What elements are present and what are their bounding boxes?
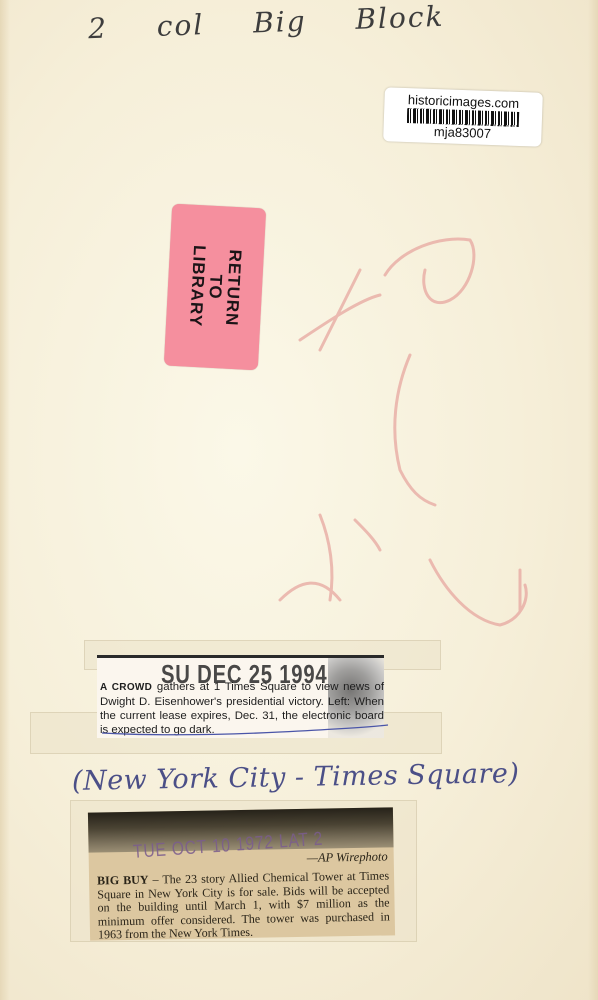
pencil-note: 2 col Big Block <box>88 0 445 45</box>
photo-credit: —AP Wirephoto <box>307 849 388 865</box>
return-sticker-text: RETURN TO LIBRARY <box>184 211 246 364</box>
clipping-caption: BIG BUY – The 23 story Allied Chemical T… <box>97 869 390 942</box>
handwritten-caption: (New York City - Times Square) <box>72 758 520 797</box>
paper-edge-left <box>0 0 10 1000</box>
barcode-label: historicimages.com mja83007 <box>383 87 543 146</box>
photo-back-page: 2 col Big Block historicimages.com mja83… <box>0 0 598 1000</box>
clipping-caption: A CROWD gathers at 1 Times Square to vie… <box>100 680 384 737</box>
return-to-library-sticker: RETURN TO LIBRARY <box>164 204 266 371</box>
paper-edge-right <box>588 0 598 1000</box>
newspaper-clipping-1994: SU DEC 25 1994 A CROWD gathers at 1 Time… <box>97 655 384 738</box>
newspaper-clipping-1972: TUE OCT 10 1972 LAT 2 —AP Wirephoto BIG … <box>88 807 395 940</box>
caption-lead: A CROWD <box>100 682 152 693</box>
